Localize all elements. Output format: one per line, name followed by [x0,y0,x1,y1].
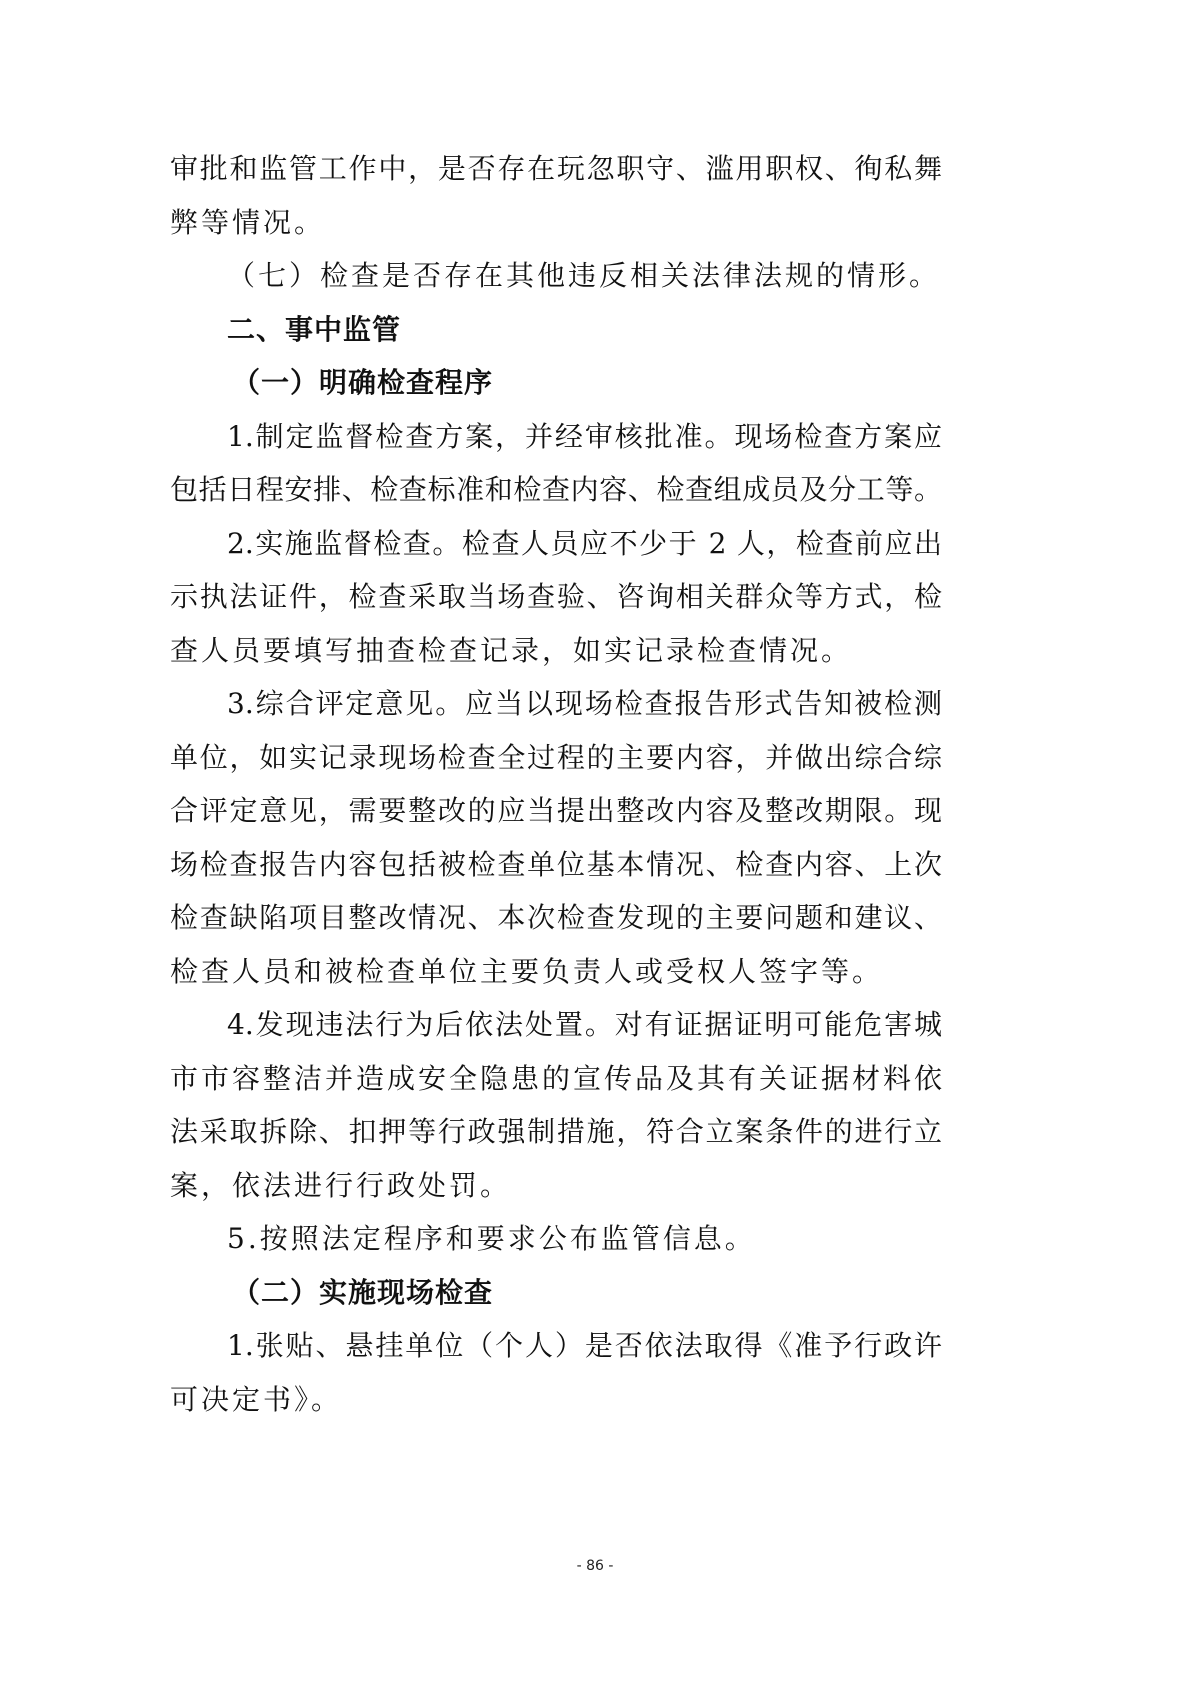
section-heading: 二、事中监管 [170,303,942,357]
paragraph-line: 5.按照法定程序和要求公布监管信息。 [170,1212,942,1266]
paragraph-line: 4.发现违法行为后依法处置。对有证据证明可能危害城 [170,998,942,1052]
paragraph-line: 2.实施监督检查。检查人员应不少于 2 人，检查前应出 [170,517,942,571]
subsection-heading: （二）实施现场检查 [170,1266,942,1320]
subsection-heading: （一）明确检查程序 [170,356,942,410]
paragraph-line: 1.张贴、悬挂单位（个人）是否依法取得《准予行政许 [170,1319,942,1373]
document-page: 审批和监管工作中，是否存在玩忽职守、滥用职权、徇私舞 弊等情况。 （七）检查是否… [0,0,1190,1683]
paragraph-line: 检查人员和被检查单位主要负责人或受权人签字等。 [170,945,942,999]
paragraph-line: 3.综合评定意见。应当以现场检查报告形式告知被检测 [170,677,942,731]
paragraph-line: 示执法证件，检查采取当场查验、咨询相关群众等方式，检 [170,570,942,624]
paragraph-line: 弊等情况。 [170,196,942,250]
paragraph-line: 案，依法进行行政处罚。 [170,1159,942,1213]
paragraph-line: 法采取拆除、扣押等行政强制措施，符合立案条件的进行立 [170,1105,942,1159]
paragraph-line: 可决定书》。 [170,1373,942,1427]
paragraph-line: 审批和监管工作中，是否存在玩忽职守、滥用职权、徇私舞 [170,142,942,196]
paragraph-line: 1.制定监督检查方案，并经审核批准。现场检查方案应 [170,410,942,464]
paragraph-line: 单位，如实记录现场检查全过程的主要内容，并做出综合综 [170,731,942,785]
paragraph-line: 市市容整洁并造成安全隐患的宣传品及其有关证据材料依 [170,1052,942,1106]
paragraph-line: 查人员要填写抽查检查记录，如实记录检查情况。 [170,624,942,678]
paragraph-line: 场检查报告内容包括被检查单位基本情况、检查内容、上次 [170,838,942,892]
paragraph-line: 检查缺陷项目整改情况、本次检查发现的主要问题和建议、 [170,891,942,945]
paragraph-line: 合评定意见，需要整改的应当提出整改内容及整改期限。现 [170,784,942,838]
page-content: 审批和监管工作中，是否存在玩忽职守、滥用职权、徇私舞 弊等情况。 （七）检查是否… [170,142,942,1426]
page-number: - 86 - [0,1558,1190,1574]
paragraph-line: （七）检查是否存在其他违反相关法律法规的情形。 [170,249,942,303]
paragraph-line: 包括日程安排、检查标准和检查内容、检查组成员及分工等。 [170,463,942,517]
